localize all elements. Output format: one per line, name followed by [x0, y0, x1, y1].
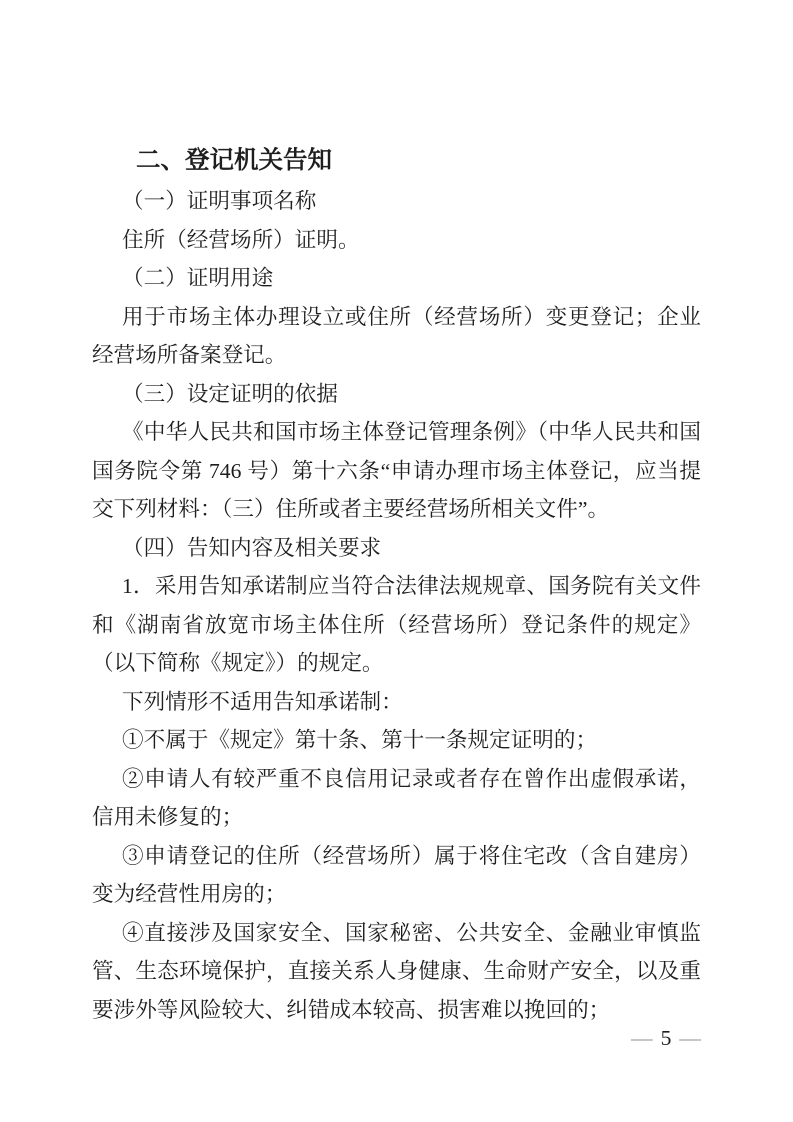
page-number-value: 5 [661, 1026, 672, 1050]
page-number-dash-left: — [631, 1026, 653, 1050]
subsection-heading-3: （三）设定证明的依据 [92, 375, 701, 414]
list-item-4: ④直接涉及国家安全、国家秘密、公共安全、金融业审慎监管、生态环境保护，直接关系人… [92, 914, 701, 1030]
paragraph-exceptions-intro: 下列情形不适用告知承诺制： [92, 683, 701, 722]
subsection-heading-1: （一）证明事项名称 [92, 182, 701, 221]
paragraph-requirement-1: 1．采用告知承诺制应当符合法律法规规章、国务院有关文件和《湖南省放宽市场主体住所… [92, 567, 701, 683]
list-item-1: ①不属于《规定》第十条、第十一条规定证明的； [92, 721, 701, 760]
document-body: 二、登记机关告知 （一）证明事项名称 住所（经营场所）证明。 （二）证明用途 用… [92, 139, 701, 1029]
page-number-dash-right: — [679, 1026, 701, 1050]
document-page: 二、登记机关告知 （一）证明事项名称 住所（经营场所）证明。 （二）证明用途 用… [0, 0, 793, 1122]
subsection-heading-2: （二）证明用途 [92, 259, 701, 298]
paragraph-legal-basis: 《中华人民共和国市场主体登记管理条例》（中华人民共和国国务院令第 746 号）第… [92, 413, 701, 529]
paragraph-certificate-name: 住所（经营场所）证明。 [92, 221, 701, 260]
paragraph-certificate-use: 用于市场主体办理设立或住所（经营场所）变更登记；企业经营场所备案登记。 [92, 298, 701, 375]
subsection-heading-4: （四）告知内容及相关要求 [92, 529, 701, 568]
list-item-2: ②申请人有较严重不良信用记录或者存在曾作出虚假承诺，信用未修复的； [92, 760, 701, 837]
page-number: — 5 — [631, 1026, 701, 1050]
section-heading: 二、登记机关告知 [92, 139, 701, 182]
list-item-3: ③申请登记的住所（经营场所）属于将住宅改（含自建房）变为经营性用房的； [92, 837, 701, 914]
